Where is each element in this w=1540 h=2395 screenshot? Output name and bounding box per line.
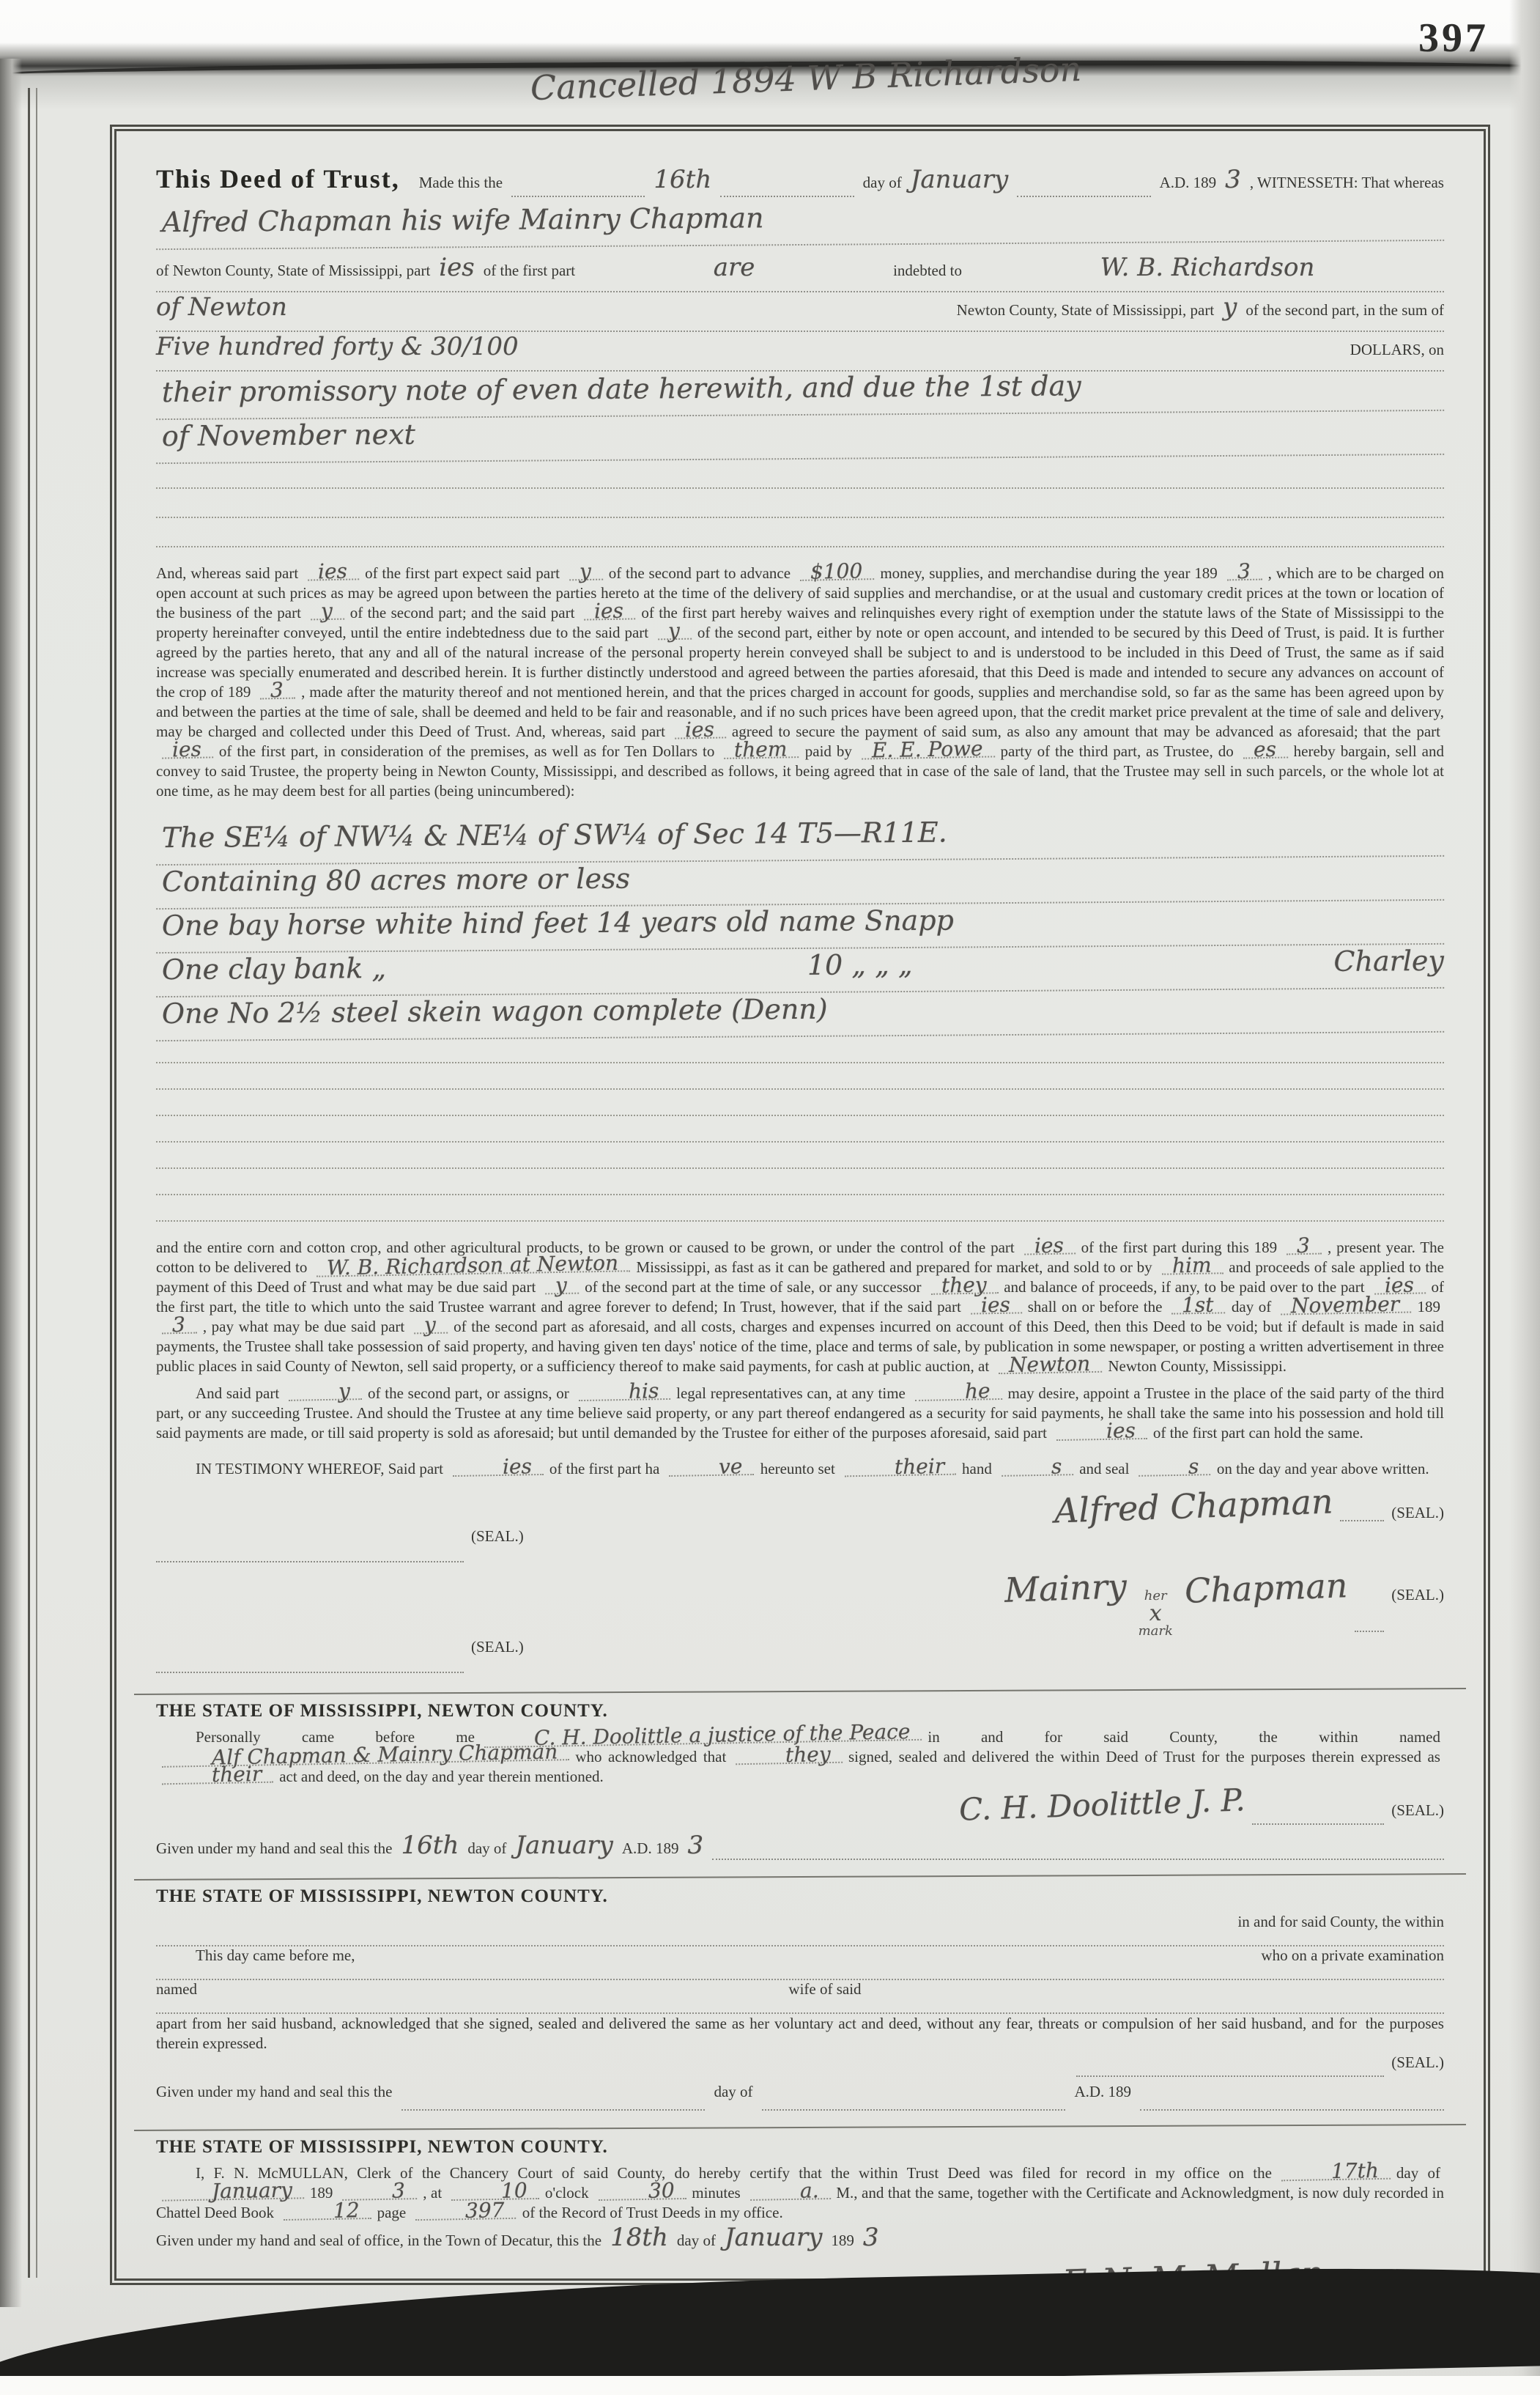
blank-ruled-line (156, 1169, 1444, 1195)
scan-right-edge (1509, 0, 1540, 2395)
section-divider (134, 1688, 1466, 1695)
dotted-blank (527, 362, 1341, 366)
grantors-line: Alfred Chapman his wife Mainry Chapman (156, 197, 1444, 250)
printed-text: money, supplies, and merchandise during … (880, 564, 1217, 582)
handwritten-entry: E. E. Powe (862, 741, 995, 759)
handwritten-entry: their (162, 1767, 274, 1785)
printed-text: This day came before me, (196, 1946, 355, 1965)
printed-text: of the second part, or assigns, or (368, 1384, 569, 1402)
dotted-blank (511, 192, 645, 197)
handwritten-entry: 3 (1227, 564, 1262, 581)
dotted-blank (364, 1971, 1253, 1974)
dotted-blank (1355, 1627, 1384, 1632)
handwritten-entry: January (162, 2182, 304, 2201)
handwritten-entry: s (1139, 1459, 1211, 1477)
handwritten-entry: 16th (401, 1831, 459, 1860)
handwritten-entry: them (724, 742, 799, 759)
handwritten-entry: 3 (687, 1831, 703, 1860)
seal-label: (SEAL.) (1391, 1586, 1444, 1604)
dotted-blank (762, 2106, 1066, 2111)
printed-text: in and for said County, the within (1237, 1913, 1444, 1931)
scan-bottom-strip (0, 2376, 1540, 2395)
dotted-blank (156, 1557, 464, 1562)
handwritten-entry: ies (439, 253, 474, 282)
handwritten-entry: y (545, 1278, 579, 1295)
handwritten-entry: 3 (1225, 165, 1241, 194)
handwritten-entry: are (714, 253, 755, 282)
printed-text: And said part (196, 1384, 279, 1402)
printed-text: And, whereas said part (156, 564, 298, 582)
printed-text: legal representatives can, at any time (676, 1384, 906, 1402)
blank-ruled-line (156, 1116, 1444, 1143)
printed-text: , at (423, 2184, 442, 2202)
handwritten-entry: 1st (1171, 1297, 1226, 1314)
handwritten-entry: ies (584, 603, 635, 620)
clerk-body: I, F. N. McMULLAN, Clerk of the Chancery… (156, 2163, 1444, 2223)
handwritten-entry: ies (453, 1459, 544, 1477)
dotted-blank (395, 972, 799, 978)
printed-text: named (156, 1980, 197, 1999)
officer-signature-row: C. H. Doolittle J. P. (SEAL.) (156, 1787, 1444, 1831)
handwritten-entry: 30 (598, 2183, 686, 2201)
deed-title: This Deed of Trust, (156, 163, 400, 194)
handwritten-entry: he (915, 1384, 1002, 1401)
blank-ruled-line (156, 1090, 1444, 1116)
printed-text: Given under my hand and seal of office, … (156, 2232, 601, 2250)
dotted-blank (870, 2004, 1444, 2008)
ack2-given-line: Given under my hand and seal this theday… (156, 2083, 1444, 2115)
testimony-paragraph: IN TESTIMONY WHEREOF, Said partiesof the… (156, 1459, 1444, 1479)
dotted-blank (1076, 2072, 1384, 2077)
ack2-body: apart from her said husband, acknowledge… (156, 2014, 1444, 2053)
grantors-names: Alfred Chapman his wife Mainry Chapman (162, 202, 764, 238)
printed-text: Given under my hand and seal this the (156, 2083, 393, 2101)
dotted-blank (1140, 2106, 1444, 2111)
seal-label: (SEAL.) (1391, 1801, 1444, 1820)
handwritten-entry: Charley (1333, 945, 1444, 978)
grantor2-signature-row: Mainry her x mark Chapman (SEAL.) (156, 1568, 1444, 1638)
ack2-line-1: in and for said County, the within (156, 1913, 1444, 1946)
section-divider (134, 1873, 1466, 1881)
handwritten-entry: $100 (800, 564, 875, 581)
scan-left-edge (0, 59, 22, 2307)
ack1-given-line: Given under my hand and seal this the16t… (156, 1831, 1444, 1864)
printed-text: Made this the (419, 174, 503, 192)
printed-text: on the day and year above written. (1217, 1460, 1429, 1477)
note-text-2: of November next (162, 418, 415, 452)
dotted-blank (1017, 192, 1150, 197)
handwritten-entry: 16th (654, 165, 711, 194)
ack2-heading: THE STATE OF MISSISSIPPI, NEWTON COUNTY. (156, 1886, 1444, 1907)
handwritten-entry: y (414, 1318, 448, 1335)
handwritten-entry: W. B. Richardson (1100, 253, 1315, 282)
dotted-blank (401, 2106, 706, 2111)
deed-of-trust-form: This Deed of Trust,Made this the16thday … (110, 125, 1490, 2285)
printed-text: minutes (692, 2184, 741, 2202)
dotted-blank (1090, 390, 1444, 395)
handwritten-entry: s (1002, 1459, 1074, 1477)
blank-ruled-line (156, 460, 1444, 489)
dotted-blank (971, 283, 1092, 287)
handwritten-entry: ies (308, 564, 359, 580)
dotted-blank (763, 283, 884, 287)
blank-ruled-line (156, 1195, 1444, 1222)
printed-text: Newton County, State of Mississippi, par… (957, 301, 1215, 320)
printed-text: who acknowledged that (575, 1748, 726, 1765)
first-part-line: of Newton County, State of Mississippi, … (156, 253, 1444, 292)
grantor1-signature-row: Alfred Chapman (SEAL.) (156, 1486, 1444, 1527)
opening-line: This Deed of Trust,Made this the16thday … (156, 163, 1444, 202)
blank-seal-row: (SEAL.) (156, 1527, 1444, 1568)
handwritten-entry: they (736, 1747, 843, 1765)
scanned-deed-page: 397 Cancelled 1894 W B Richardson This D… (0, 0, 1540, 2395)
ack2-line-3: namedwife of said (156, 1980, 1444, 2014)
dotted-blank (720, 192, 854, 197)
mark-x: x (1150, 1603, 1162, 1625)
dotted-blank (1252, 1820, 1384, 1825)
handwritten-entry: January (725, 2223, 822, 2252)
handwritten-entry: 10 „ „ „ (807, 948, 913, 981)
printed-text: of the second part to advance (609, 564, 791, 582)
handwritten-entry: a. (750, 2183, 831, 2201)
printed-text: of the first part ha (549, 1460, 659, 1477)
handwritten-entry: ies (162, 742, 213, 759)
printed-text: DOLLARS, on (1350, 341, 1444, 359)
note-text-1: their promissory note of even date herew… (162, 369, 1081, 408)
printed-text: of the second part, in the sum of (1245, 301, 1444, 320)
printed-text: o'clock (545, 2184, 589, 2202)
printed-text: party of the third part, as Trustee, do (1000, 742, 1233, 760)
handwritten-entry: One No 2½ steel skein wagon complete (De… (162, 993, 828, 1030)
blank-ruled-line (156, 518, 1444, 547)
handwritten-entry: 18th (610, 2223, 668, 2252)
printed-text: day of (714, 2083, 752, 2101)
printed-text: apart from her said husband, acknowledge… (156, 2015, 1357, 2032)
handwritten-entry: ies (1056, 1423, 1147, 1441)
second-part-line: of NewtonNewton County, State of Mississ… (156, 292, 1444, 332)
printed-text: day of (677, 2232, 716, 2250)
printed-text: day of (1396, 2164, 1440, 2182)
printed-text: day of (863, 174, 902, 192)
handwritten-entry: 3 (1287, 1239, 1322, 1255)
dotted-blank (206, 2004, 780, 2008)
handwritten-entry: of Newton (156, 292, 287, 322)
printed-text: of the first part expect said part (365, 564, 560, 582)
printed-text: 189 (831, 2232, 854, 2250)
printed-text: of the Record of Trust Deeds in my offic… (522, 2204, 783, 2221)
printed-text: of the first part, in consideration of t… (219, 742, 714, 760)
dotted-blank (296, 322, 948, 326)
printed-text: act and deed, on the day and year therei… (279, 1768, 604, 1785)
handwritten-entry: y (289, 1384, 362, 1401)
handwritten-entry: The SE¼ of NW¼ & NE¼ of SW¼ of Sec 14 T5… (162, 816, 947, 854)
handwritten-entry: y (311, 604, 344, 621)
handwritten-entry: One bay horse white hind feet 14 years o… (162, 904, 954, 942)
blank-ruled-line (156, 1037, 1444, 1063)
handwritten-entry: 3 (162, 1318, 197, 1335)
handwritten-entry: November (1281, 1296, 1412, 1315)
ack2-seal-row: (SEAL.) (156, 2053, 1444, 2083)
printed-text: of the second part at the time of sale, … (585, 1278, 921, 1296)
dotted-blank (1340, 1516, 1384, 1521)
appointment-paragraph: And said partyof the second part, or ass… (156, 1384, 1444, 1443)
handwritten-entry: January (515, 1831, 612, 1860)
handwritten-entry: y (569, 564, 603, 581)
property-line-5: One No 2½ steel skein wagon complete (De… (156, 989, 1444, 1041)
seal-label: (SEAL.) (471, 1638, 524, 1656)
printed-text: in and for said County, the within named (928, 1728, 1440, 1746)
handwritten-entry: One clay bank „ (162, 952, 386, 986)
seal-label: (SEAL.) (471, 1527, 524, 1546)
handwritten-entry: y (1223, 292, 1237, 322)
dotted-blank (1323, 283, 1444, 287)
amount-line: Five hundred forty & 30/100DOLLARS, on (156, 332, 1444, 372)
printed-text: day of (467, 1839, 506, 1858)
ack1-body: Personally came before meC. H. Doolittle… (156, 1727, 1444, 1787)
grantor2-last-name: Chapman (1184, 1565, 1348, 1611)
handwritten-entry: Newton (999, 1357, 1103, 1374)
seal-label: (SEAL.) (1391, 2053, 1444, 2072)
printed-text: indebted to (893, 262, 962, 280)
handwritten-entry: es (1243, 742, 1288, 759)
handwritten-entry: ve (669, 1459, 755, 1477)
handwritten-entry: their (845, 1459, 957, 1477)
dotted-blank (424, 434, 1444, 444)
mark-label: mark (1139, 1625, 1173, 1638)
section-divider (134, 2124, 1466, 2131)
printed-text: Mississippi, as fast as it can be gather… (636, 1258, 1152, 1276)
dotted-blank (712, 1855, 1444, 1860)
handwritten-entry: 12 (284, 2203, 371, 2221)
her-mark: her x mark (1139, 1590, 1173, 1638)
printed-text: paid by (805, 742, 852, 760)
officer-signature: C. H. Doolittle J. P. (958, 1782, 1245, 1828)
blank-ruled-line (156, 1063, 1444, 1090)
printed-text: page (377, 2204, 407, 2221)
page-margin-line (28, 88, 37, 2278)
handwritten-entry: ies (971, 1297, 1022, 1314)
printed-text: 189 (1417, 1298, 1440, 1315)
handwritten-entry: 3 (863, 2223, 879, 2252)
printed-text: Newton County, Mississippi. (1108, 1357, 1287, 1375)
printed-text: wife of said (788, 1980, 861, 1999)
printed-text: 189 (310, 2184, 333, 2202)
printed-text: signed, sealed and delivered the within … (848, 1748, 1440, 1765)
blank-seal-row: (SEAL.) (156, 1638, 1444, 1679)
page-number: 397 (1418, 15, 1489, 62)
printed-text: , pay what may be due said part (203, 1318, 404, 1335)
blank-ruled-line (156, 1143, 1444, 1169)
printed-text: I, F. N. McMULLAN, Clerk of the Chancery… (196, 2164, 1272, 2182)
printed-text: A.D. 189 (1074, 2083, 1131, 2101)
blank-ruled-line (156, 489, 1444, 518)
handwritten-entry: Containing 80 acres more or less (162, 863, 630, 898)
printed-text: of the first part (484, 262, 575, 280)
clerk-given-line: Given under my hand and seal of office, … (156, 2223, 1444, 2258)
handwritten-entry: W. B. Richardson at Newton (316, 1255, 630, 1277)
printed-text: and seal (1079, 1460, 1129, 1477)
handwritten-entry: 3 (260, 683, 295, 700)
printed-text: of the second part; and the said part (350, 604, 575, 621)
covenant-paragraph: And, whereas said partiesof the first pa… (156, 564, 1444, 801)
printed-text: of Newton County, State of Mississippi, … (156, 262, 430, 280)
printed-text: hand (962, 1460, 992, 1477)
printed-text: Given under my hand and seal this the (156, 1839, 393, 1858)
printed-text: A.D. 189 (622, 1839, 679, 1858)
clerk-heading: THE STATE OF MISSISSIPPI, NEWTON COUNTY. (156, 2137, 1444, 2158)
cancellation-note: Cancelled 1894 W B Richardson (380, 44, 1231, 113)
handwritten-entry: him (1161, 1258, 1223, 1274)
dotted-blank (156, 1937, 1229, 1941)
handwritten-entry: ies (675, 722, 726, 739)
printed-text: day of (1232, 1298, 1271, 1315)
printed-text: IN TESTIMONY WHEREOF, Said part (196, 1460, 443, 1477)
grantor2-first-name: Mainry (1004, 1566, 1128, 1610)
dotted-blank (584, 283, 705, 287)
printed-text: agreed to secure the payment of said sum… (732, 723, 1440, 740)
handwritten-entry: January (911, 165, 1008, 194)
dotted-blank (773, 220, 1444, 227)
handwritten-entry: 17th (1281, 2163, 1391, 2182)
ack2-line-2: This day came before me,who on a private… (156, 1946, 1444, 1980)
printed-text: , WITNESSETH: That whereas (1250, 174, 1444, 192)
ack1-heading: THE STATE OF MISSISSIPPI, NEWTON COUNTY. (156, 1701, 1444, 1721)
printed-text: shall on or before the (1028, 1298, 1163, 1315)
printed-text: A.D. 189 (1160, 174, 1217, 192)
grantor1-signature: Alfred Chapman (1054, 1481, 1333, 1530)
printed-text: who on a private examination (1261, 1946, 1444, 1965)
dotted-blank (922, 968, 1325, 974)
handwritten-entry: 397 (415, 2203, 517, 2221)
printed-text: of the first part can hold the same. (1153, 1424, 1363, 1442)
seal-label: (SEAL.) (1391, 1504, 1444, 1522)
handwritten-entry: his (579, 1384, 671, 1401)
handwritten-entry: Five hundred forty & 30/100 (156, 332, 519, 361)
handwritten-entry: ies (1024, 1238, 1076, 1255)
crop-paragraph: and the entire corn and cotton crop, and… (156, 1238, 1444, 1376)
note-line-2: of November next (156, 411, 1444, 464)
dotted-blank (156, 1668, 464, 1673)
handwritten-entry: y (658, 624, 692, 641)
printed-text: hereunto set (760, 1460, 835, 1477)
